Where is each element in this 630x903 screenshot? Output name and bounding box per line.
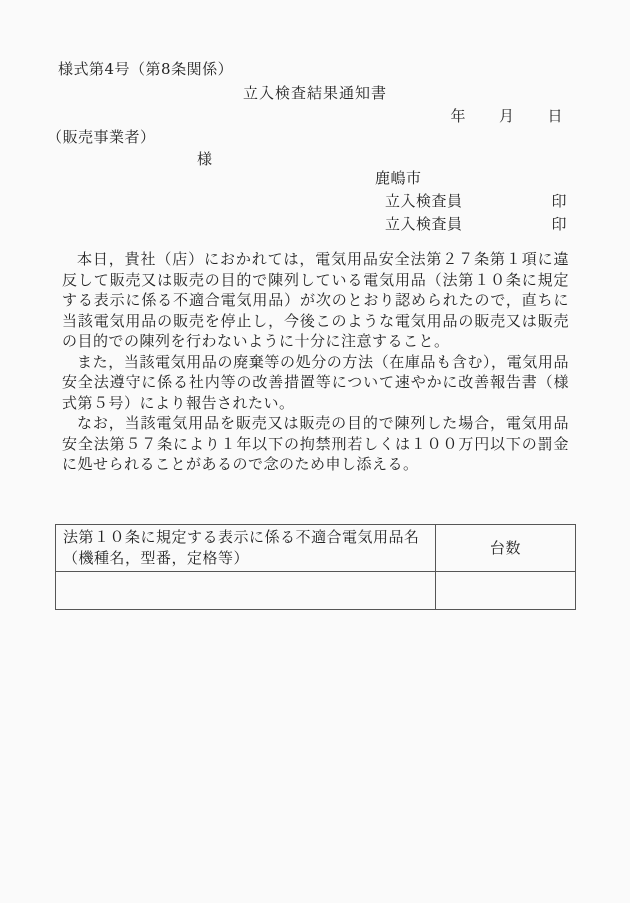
form-number: 様式第4号（第8条関係） (58, 59, 575, 80)
inspector-title: 立入検査員 (385, 213, 463, 236)
noncompliant-products-table: 法第１０条に規定する表示に係る不適合電気用品名 （機種名，型番，定格等） 台数 (55, 524, 576, 610)
document-page: 様式第4号（第8条関係） 立入検査結果通知書 年 月 日 （販売事業者） 様 鹿… (0, 0, 630, 903)
inspector-row: 立入検査員 印 (375, 213, 567, 236)
signature-block: 鹿嶋市 立入検査員 印 立入検査員 印 (375, 167, 567, 236)
day-label: 日 (547, 106, 563, 127)
paragraph-sales-stop-order: 本日，貴社（店）におかれては，電気用品安全法第２７条第１項に違反して販売又は販売… (62, 249, 569, 352)
month-label: 月 (499, 106, 515, 127)
column-header-quantity: 台数 (436, 524, 576, 571)
document-title: 立入検査結果通知書 (55, 83, 575, 104)
quantity-cell (436, 571, 576, 609)
paragraph-penalty-notice: なお，当該電気用品を販売又は販売の目的で陳列した場合，電気用品安全法第５７条によ… (62, 413, 569, 475)
table-header-row: 法第１０条に規定する表示に係る不適合電気用品名 （機種名，型番，定格等） 台数 (56, 524, 576, 571)
inspector-row: 立入検査員 印 (375, 190, 567, 213)
date-line: 年 月 日 (55, 106, 575, 127)
year-label: 年 (450, 106, 466, 127)
issuer-city: 鹿嶋市 (375, 167, 567, 190)
seal-mark: 印 (551, 190, 567, 213)
document-content: 様式第4号（第8条関係） 立入検査結果通知書 年 月 日 （販売事業者） 様 鹿… (0, 0, 630, 610)
body-text: 本日，貴社（店）におかれては，電気用品安全法第２７条第１項に違反して販売又は販売… (55, 249, 575, 475)
product-name-cell (56, 571, 436, 609)
table-row (56, 571, 576, 609)
column-header-product-name: 法第１０条に規定する表示に係る不適合電気用品名 （機種名，型番，定格等） (56, 524, 436, 571)
addressee-label: （販売事業者） (47, 127, 575, 148)
seal-mark: 印 (551, 213, 567, 236)
paragraph-improvement-report: また，当該電気用品の廃棄等の処分の方法（在庫品も含む），電気用品安全法遵守に係る… (62, 352, 569, 414)
inspector-title: 立入検査員 (385, 190, 463, 213)
